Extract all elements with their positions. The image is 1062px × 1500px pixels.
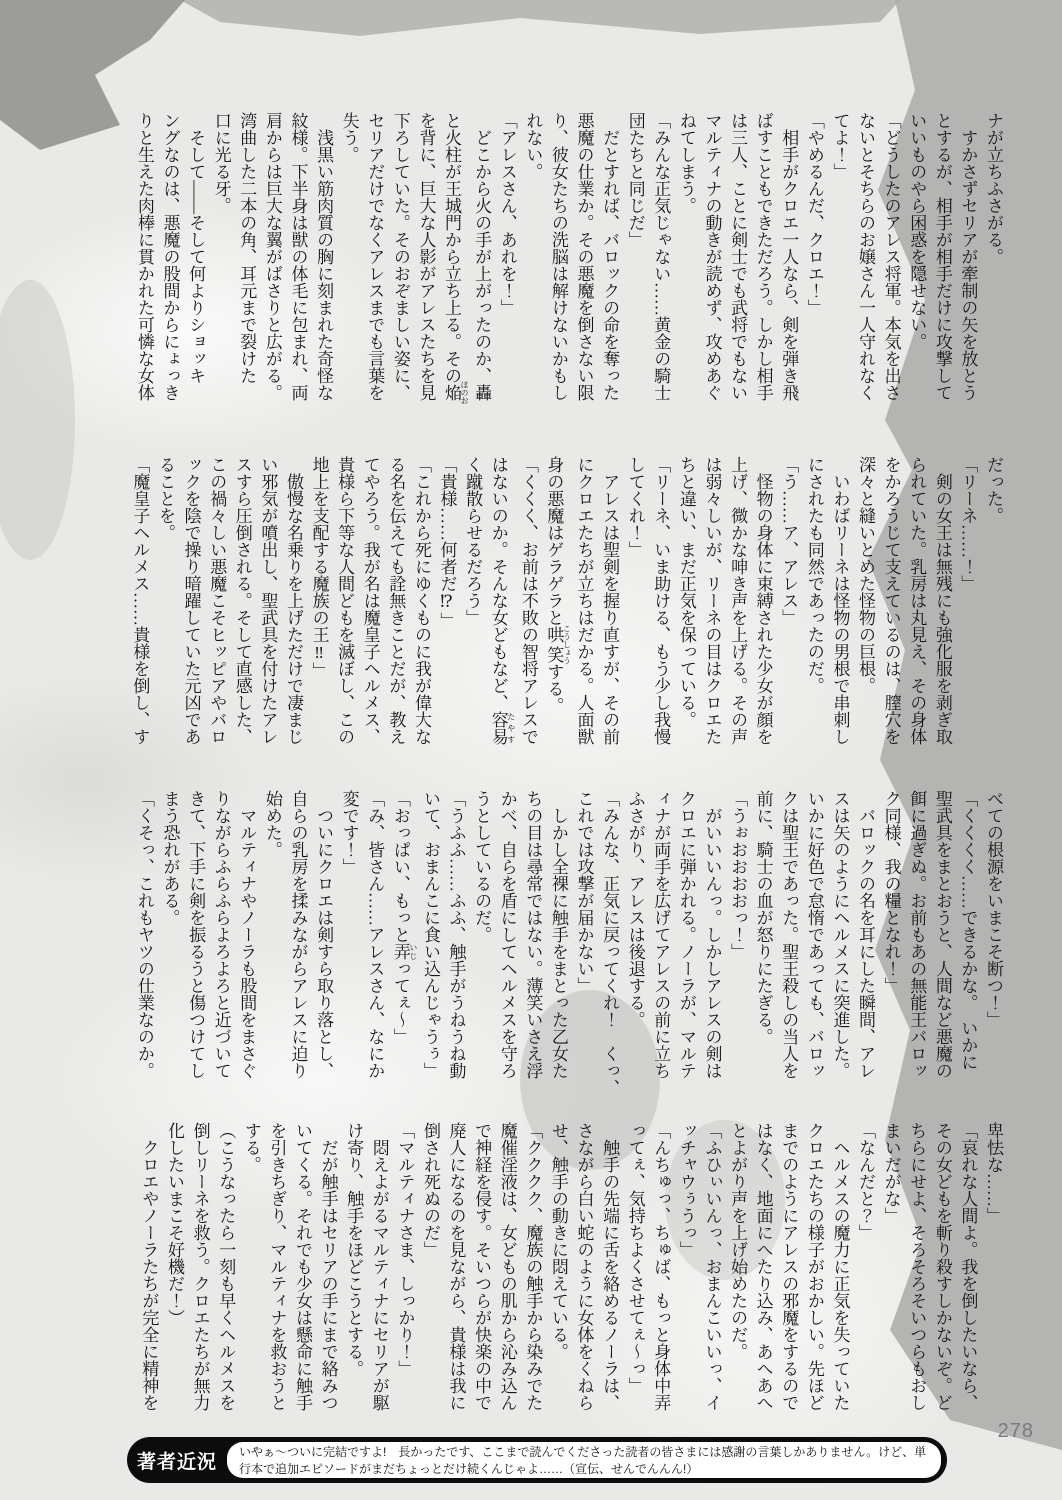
text-column: いて、おまんこに食い込んじゃうぅ」 <box>417 790 443 1134</box>
text-column: はないのか。そんな女どもなど、容易たやす <box>485 456 515 800</box>
text-column: 「魔皇子ヘルメス……貴様を倒し、す <box>127 456 153 800</box>
author-note-label: 著者近況 <box>127 1447 227 1474</box>
text-column: 「どうしたのアレス将軍。本気を出さ <box>878 112 904 456</box>
text-column: とよがり声を上げ始めたのだ。 <box>724 1122 750 1466</box>
text-column: 相手がクロエ一人なら、剣を弾き飛 <box>776 112 802 456</box>
text-column: 「くくくく……できるかな。 いかに <box>955 790 981 1134</box>
text-column: 「哀れな人間よ。我を倒したいなら、 <box>955 1122 981 1466</box>
book-page: { "page_number": "278", "bands": [ {"col… <box>0 0 1062 1500</box>
text-column: を背に、巨大な人影がアレスたちを見 <box>413 112 439 456</box>
text-column: と火柱が王城門から立ち上る。その焔ほのお <box>438 112 468 456</box>
text-column: 倒され死ぬのだ」 <box>417 1122 443 1466</box>
text-column: だとすれば、バロックの命を奪った <box>597 112 623 456</box>
text-column: 「リーネ……！」 <box>955 456 981 800</box>
text-column: ィナが両手を広げてアレスの前に立ち <box>648 790 674 1134</box>
text-column: り、彼女たちの洗脳は解けないかもし <box>545 112 571 456</box>
text-column: 廃人になるのを見ながら、貴様は我に <box>443 1122 469 1466</box>
text-column: ねてしまう。 <box>673 112 699 456</box>
text-column: いわばリーネは怪物の男根で串刺し <box>827 456 853 800</box>
grunge-top-strip <box>180 0 900 36</box>
text-column: クロエやノーラたちが完全に精神を <box>136 1122 162 1466</box>
text-column: にクロエたちが立ちはだかる。人面獣 <box>571 456 597 800</box>
author-note-bar: 著者近況 いやぁ～ついに完結ですよ! 長かったです、ここまで読んでくださった読者… <box>127 1437 947 1483</box>
text-column: 深々と縫いとめた怪物の巨根。 <box>852 456 878 800</box>
text-column: ちの目は尋常ではない。薄笑いさえ浮 <box>520 790 546 1134</box>
text-column: ックを陰で操り暗躍していた元凶であ <box>178 456 204 800</box>
text-column: 「くくく、お前は不敗の智将アレスで <box>515 456 541 800</box>
text-column: その女どもを斬り殺すしかないぞ。ど <box>929 1122 955 1466</box>
text-column: 「み、皆さん……アレスさん、なにか <box>362 790 388 1134</box>
text-column: け寄り、触手をほどこうとする。 <box>341 1122 367 1466</box>
text-column: これでは攻撃が届かない」 <box>571 790 597 1134</box>
text-column: 「うぉおおおおっ！」 <box>724 790 750 1134</box>
text-column: しかし全裸に触手をまとった乙女た <box>545 790 571 1134</box>
text-column: セリアだけでなくアレスまでも言葉を <box>362 112 388 456</box>
text-column: きて、下手に剣を振るうと傷つけてし <box>183 790 209 1134</box>
grunge-left-edge-blob <box>0 280 75 560</box>
text-column: 「ふひぃいんっ、おまんこいいっ、イ <box>699 1122 725 1466</box>
text-column: 「くそっ、これもヤツの仕業なのか。 <box>131 790 157 1134</box>
text-column: べての根源をいまこそ断つ！」 <box>980 790 1006 1134</box>
text-column: まう恐れがある。 <box>157 790 183 1134</box>
text-band-1: ナが立ちふさがる。 すかさずセリアが牽制の矢を放とうとするが、相手が相手だけに攻… <box>131 112 1006 456</box>
text-column: 傲慢な名乗りを上げただけで凄まじ <box>280 456 306 800</box>
text-column: 剣の女王は無残にも強化服を剥ぎ取 <box>929 456 955 800</box>
text-column: 「う……ア、アレス」 <box>776 456 802 800</box>
text-column: れない。 <box>520 112 546 456</box>
text-column: 下ろしていた。そのおぞましい姿に、 <box>387 112 413 456</box>
text-column: いいものやら困惑を隠せない。 <box>904 112 930 456</box>
text-column: 前に、騎士の血が怒りにたぎる。 <box>750 790 776 1134</box>
text-column: てやろう。我が名は魔皇子ヘルメス、 <box>357 456 383 800</box>
text-column: 怪物の身体に束縛された少女が顔を <box>750 456 776 800</box>
text-column: 「うふふ……ふふ、触手がうねうね動 <box>443 790 469 1134</box>
text-column: アレスは聖剣を握り直すが、その前 <box>597 456 623 800</box>
text-column: ク同様、我の糧となれ！」 <box>878 790 904 1134</box>
text-column: ちらにせよ、そろそろそいつらもおし <box>904 1122 930 1466</box>
text-column: られていた。乳房は丸見え、その身体 <box>904 456 930 800</box>
text-column: 肩からは巨大な翼がばさりと広がる。 <box>259 112 285 456</box>
text-column: ナが立ちふさがる。 <box>980 112 1006 456</box>
text-column: いてくる。それでも少女は懸命に触手 <box>289 1122 315 1466</box>
text-column: ばすこともできただろう。しかし相手 <box>750 112 776 456</box>
text-column: までのようにアレスの邪魔をするので <box>776 1122 802 1466</box>
text-column: どこから火の手が上がったのか、轟 <box>469 112 495 456</box>
author-note-text: いやぁ～ついに完結ですよ! 長かったです、ここまで読んでくださった読者の皆さまに… <box>227 1442 941 1478</box>
text-column: ッチャウぅうっ」 <box>673 1122 699 1466</box>
text-column: だが触手はセリアの手にまで絡みつ <box>315 1122 341 1466</box>
text-column: ってぇ、気持ちよくさせてぇ～っ」 <box>622 1122 648 1466</box>
text-column: マルティナやノーラも股間をまさぐ <box>234 790 260 1134</box>
text-column: とするが、相手が相手だけに攻撃して <box>929 112 955 456</box>
text-column: 「みんな、正気に戻ってくれ！ くっ、 <box>597 790 623 1134</box>
text-column: 口に光る牙。 <box>208 112 234 456</box>
text-column: は三人、ことに剣士でも武将でもない <box>724 112 750 456</box>
text-column: 聖武具をまとおうと、人間など悪魔の <box>929 790 955 1134</box>
text-column: ふさがり、アレスは後退する。 <box>622 790 648 1134</box>
text-column: すかさずセリアが牽制の矢を放とう <box>955 112 981 456</box>
text-band-2: だった。「リーネ……！」 剣の女王は無残にも強化服を剥ぎ取られていた。乳房は丸見… <box>127 456 1006 800</box>
text-column: 地上を支配する魔族の王‼」 <box>306 456 332 800</box>
text-column: うとしているのだ。 <box>469 790 495 1134</box>
text-column: バロックの名を耳にした瞬間、アレ <box>852 790 878 1134</box>
text-column: 「これから死にゆくものに我が偉大な <box>408 456 434 800</box>
text-column: 卑怯な……」 <box>980 1122 1006 1466</box>
text-column: 「んちゅっ、ちゅば、もっと身体中弄 <box>648 1122 674 1466</box>
text-column: 湾曲した二本の角、耳元まで裂けた <box>234 112 260 456</box>
text-column: （こうなったら一刻も早くヘルメスを <box>213 1122 239 1466</box>
text-column: スは矢のようにヘルメスに突進した。 <box>827 790 853 1134</box>
page-number: 278 <box>998 1420 1034 1443</box>
text-column: 「クククク、魔族の触手から染みでた <box>520 1122 546 1466</box>
text-column: りと生えた肉棒に貫かれた可憐な女体 <box>131 112 157 456</box>
text-column: ないとそちらのお嬢さん一人守れなく <box>852 112 878 456</box>
text-column: さながら白い蛇のように女体をくねら <box>571 1122 597 1466</box>
text-column: いかに好色で怠惰であっても、バロッ <box>801 790 827 1134</box>
text-column: 魔催淫液は、女どもの肌から沁み込ん <box>494 1122 520 1466</box>
text-column: ヘルメスの魔力に正気を失っていた <box>827 1122 853 1466</box>
text-band-3: べての根源をいまこそ断つ！」「くくくく……できるかな。 いかに聖武具をまとおうと… <box>131 790 1006 1134</box>
text-column: 「マルティナさま、しっかり！」 <box>392 1122 418 1466</box>
text-column: 身の悪魔はゲラゲラと哄笑こうしょうする。 <box>541 456 571 800</box>
text-column: 「なんだと？」 <box>852 1122 878 1466</box>
text-column: だった。 <box>980 456 1006 800</box>
text-column: く蹴散らせるだろう」 <box>460 456 486 800</box>
text-column: 「みんな正気じゃない……黄金の騎士 <box>648 112 674 456</box>
text-band-4: 卑怯な……」「哀れな人間よ。我を倒したいなら、その女どもを斬り殺すしかないぞ。ど… <box>136 1122 1006 1466</box>
text-column: 「おっぱい、もっと弄いじってぇ～」 <box>387 790 417 1134</box>
text-column: ることを。 <box>152 456 178 800</box>
text-column: 自らの乳房を揉みながらアレスに迫り <box>285 790 311 1134</box>
text-column: 失う。 <box>336 112 362 456</box>
text-column: 紋様。下半身は獣の体毛に包まれ、両 <box>285 112 311 456</box>
text-column: スすら圧倒される。そして直感した、 <box>229 456 255 800</box>
text-column: 「リーネ、いま助ける、もう少し我慢 <box>648 456 674 800</box>
text-column: い邪気が噴出し、聖武具を付けたアレ <box>255 456 281 800</box>
text-column: せ、触手の動きに悶えている。 <box>545 1122 571 1466</box>
text-column: はなく、地面にへたり込み、あへあへ <box>750 1122 776 1466</box>
text-column: 倒しリーネを救う。クロエたちが無力 <box>187 1122 213 1466</box>
text-column: がいいいんっ。しかしアレスの剣は <box>699 790 725 1134</box>
text-column: ついにクロエは剣すら取り落とし、 <box>310 790 336 1134</box>
text-column: で神経を侵す。そいつらが快楽の中で <box>469 1122 495 1466</box>
text-column: 「貴様……何者だ⁉」 <box>434 456 460 800</box>
text-column: 「やめるんだ、クロエ！」 <box>801 112 827 456</box>
text-column: は弱々しいが、リーネの目はクロエた <box>699 456 725 800</box>
text-column: をかろうじて支えているのは、膣穴を <box>878 456 904 800</box>
text-column: りながらふらふらよろよろと近づいて <box>208 790 234 1134</box>
text-column: してくれ！」 <box>622 456 648 800</box>
text-column: 上げ、微かな呻き声を上げる。その声 <box>724 456 750 800</box>
text-column: 悪魔の仕業か。その悪魔を倒さない限 <box>571 112 597 456</box>
text-column: 変です！」 <box>336 790 362 1134</box>
text-column: クロエたちの様子がおかしい。先ほど <box>801 1122 827 1466</box>
text-column: 悶えよがるマルティナにセリアが駆 <box>366 1122 392 1466</box>
text-column: ングなのは、悪魔の股間からにょっき <box>157 112 183 456</box>
text-column: 貴様ら下等な人間どもを滅ぼし、この <box>332 456 358 800</box>
text-column: 化したいまこそ好機だ！） <box>161 1122 187 1466</box>
text-column: クは聖王であった。聖王殺しの当人を <box>776 790 802 1134</box>
text-column: 餌に過ぎぬ。お前もあの無能王バロッ <box>904 790 930 1134</box>
text-column: てよ！」 <box>827 112 853 456</box>
text-column: 団たちと同じだ」 <box>622 112 648 456</box>
text-column: この禍々しい悪魔こそヒッピアやバロ <box>204 456 230 800</box>
text-column: 触手の先端に舌を絡めるノーラは、 <box>597 1122 623 1466</box>
text-column: にされたも同然であったのだ。 <box>801 456 827 800</box>
text-column: する。 <box>238 1122 264 1466</box>
text-column: まいだがな」 <box>878 1122 904 1466</box>
text-column: ちと違い、まだ正気を保っている。 <box>673 456 699 800</box>
text-column: かべ、自らを盾にしてヘルメスを守ろ <box>494 790 520 1134</box>
text-column: を引きちぎり、マルティナを救おうと <box>264 1122 290 1466</box>
text-column: 「アレスさん、あれを！」 <box>494 112 520 456</box>
text-column: 始めた。 <box>259 790 285 1134</box>
text-column: マルティナの動きが読めず、攻めあぐ <box>699 112 725 456</box>
text-column: る名を伝えても詮無きことだが、教え <box>383 456 409 800</box>
text-column: そして――そして何よりショッキ <box>183 112 209 456</box>
text-column: 浅黒い筋肉質の胸に刻まれた奇怪な <box>310 112 336 456</box>
text-column: クロエに弾かれる。ノーラが、マルテ <box>673 790 699 1134</box>
